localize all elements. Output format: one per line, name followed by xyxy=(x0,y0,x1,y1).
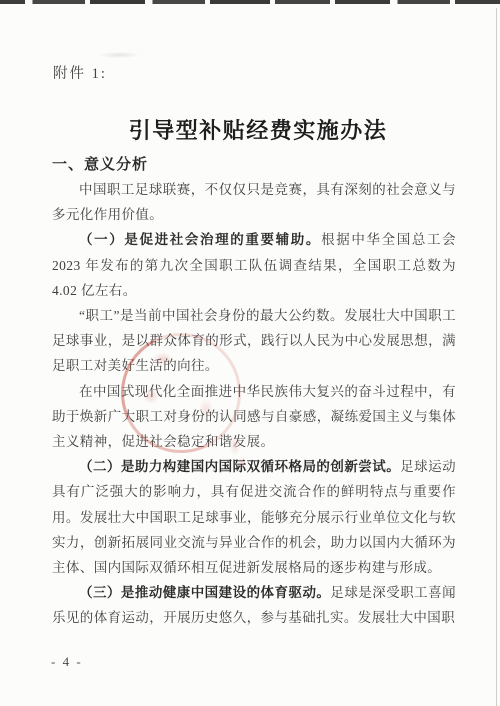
paragraph: “职工”是当前中国社会身份的最大公约数。发展壮大中国职工足球事业，是以群众体育的… xyxy=(52,303,456,379)
attachment-label: 附件 1: xyxy=(53,62,107,83)
scan-torn-edge xyxy=(0,0,500,4)
paragraph-lead: （三）是推动健康中国建设的体育驱动。 xyxy=(79,585,330,600)
paragraph: （一）是促进社会治理的重要辅助。根据中华全国总工会 2023 年发布的第九次全国… xyxy=(52,227,456,303)
page-number: - 4 - xyxy=(51,654,83,670)
document-title: 引导型补贴经费实施办法 xyxy=(0,114,500,145)
scan-edge-line xyxy=(496,8,497,706)
paragraph: 在中国式现代化全面推进中华民族伟大复兴的奋斗过程中，有助于焕新广大职工对身份的认… xyxy=(52,379,456,455)
paragraph-lead: （二）是助力构建国内国际双循环格局的创新尝试。 xyxy=(79,459,400,474)
section-heading: 一、意义分析 xyxy=(52,153,148,174)
paragraph-lead: （一）是促进社会治理的重要辅助。 xyxy=(79,232,321,247)
scan-smudge xyxy=(93,51,145,59)
scanned-document-page: 附件 1: 引导型补贴经费实施办法 一、意义分析 中国职工足球联赛，不仅仅只是竞… xyxy=(0,0,500,706)
paragraph: （二）是助力构建国内国际双循环格局的创新尝试。足球运动具有广泛强大的影响力，具有… xyxy=(52,454,456,580)
paragraph: （三）是推动健康中国建设的体育驱动。足球是深受职工喜闻乐见的体育运动，开展历史悠… xyxy=(52,580,456,630)
body-paragraphs: 中国职工足球联赛，不仅仅只是竞赛，具有深刻的社会意义与多元化作用价值。（一）是促… xyxy=(52,177,456,631)
paragraph: 中国职工足球联赛，不仅仅只是竞赛，具有深刻的社会意义与多元化作用价值。 xyxy=(52,177,456,227)
